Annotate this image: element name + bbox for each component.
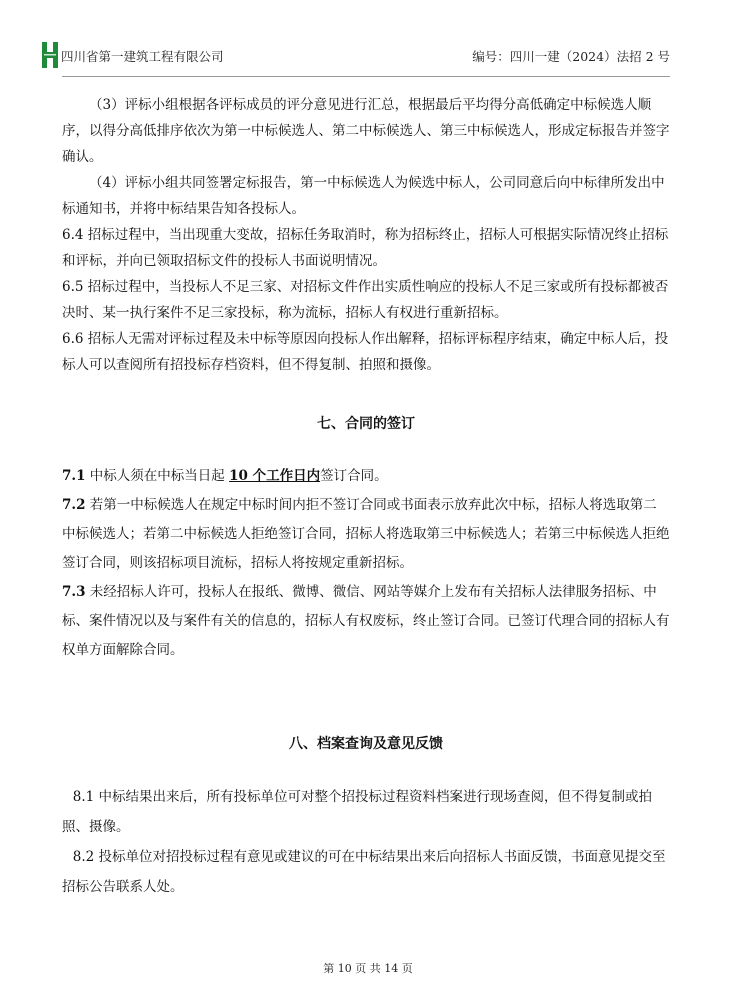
section-8-title: 八、档案查询及意见反馈: [62, 731, 670, 757]
clause-6-4: 6.4 招标过程中，当出现重大变故，招标任务取消时，称为招标终止，招标人可根据实…: [62, 222, 670, 274]
section-7-body: 7.1 中标人须在中标当日起 10 个工作日内签订合同。 7.2 若第一中标候选…: [62, 462, 670, 665]
page-number: 第 10 页 共 14 页: [0, 960, 736, 976]
clause-number: 7.2: [62, 497, 86, 513]
clause-6-6: 6.6 招标人无需对评标过程及未中标等原因向投标人作出解释，招标评标程序结束，确…: [62, 326, 670, 378]
deadline-emphasis: 10 个工作日内: [229, 468, 320, 484]
clause-text: 未经招标人许可，投标人在报纸、微博、微信、网站等媒介上发布有关招标人法律服务招标…: [62, 584, 670, 658]
clause-number: 7.1: [62, 468, 86, 484]
clause-7-2: 7.2 若第一中标候选人在规定中标时间内拒不签订合同或书面表示放弃此次中标，招标…: [62, 491, 670, 578]
clause-6-5: 6.5 招标过程中，当投标人不足三家、对招标文件作出实质性响应的投标人不足三家或…: [62, 274, 670, 326]
clause-8-1: 8.1 中标结果出来后，所有投标单位可对整个招投标过程资料档案进行现场查阅，但不…: [62, 782, 670, 842]
company-name: 四川省第一建筑工程有限公司: [61, 47, 224, 65]
clause-text: 中标人须在中标当日起: [86, 468, 230, 484]
clause-7-1: 7.1 中标人须在中标当日起 10 个工作日内签订合同。: [62, 462, 670, 491]
company-logo-icon: [42, 42, 58, 68]
paragraph-4: （4）评标小组共同签署定标报告，第一中标候选人为候选中标人，公司同意后向中标律所…: [62, 170, 670, 222]
clause-number: 7.3: [62, 584, 86, 600]
header-divider: [62, 76, 670, 77]
clause-8-2: 8.2 投标单位对招投标过程有意见或建议的可在中标结果出来后向招标人书面反馈，书…: [62, 842, 670, 902]
paragraph-3: （3）评标小组根据各评标成员的评分意见进行汇总，根据最后平均得分高低确定中标候选…: [62, 92, 670, 170]
section-7-title: 七、合同的签订: [62, 411, 670, 437]
clause-7-3: 7.3 未经招标人许可，投标人在报纸、微博、微信、网站等媒介上发布有关招标人法律…: [62, 578, 670, 665]
document-number: 编号：四川一建（2024）法招 2 号: [472, 47, 670, 65]
clause-text: 签订合同。: [320, 468, 388, 484]
section-8-body: 8.1 中标结果出来后，所有投标单位可对整个招投标过程资料档案进行现场查阅，但不…: [62, 782, 670, 902]
evaluation-paragraphs: （3）评标小组根据各评标成员的评分意见进行汇总，根据最后平均得分高低确定中标候选…: [62, 92, 670, 378]
page-header: 四川省第一建筑工程有限公司 编号：四川一建（2024）法招 2 号: [42, 42, 670, 70]
clause-text: 若第一中标候选人在规定中标时间内拒不签订合同或书面表示放弃此次中标，招标人将选取…: [62, 497, 670, 571]
